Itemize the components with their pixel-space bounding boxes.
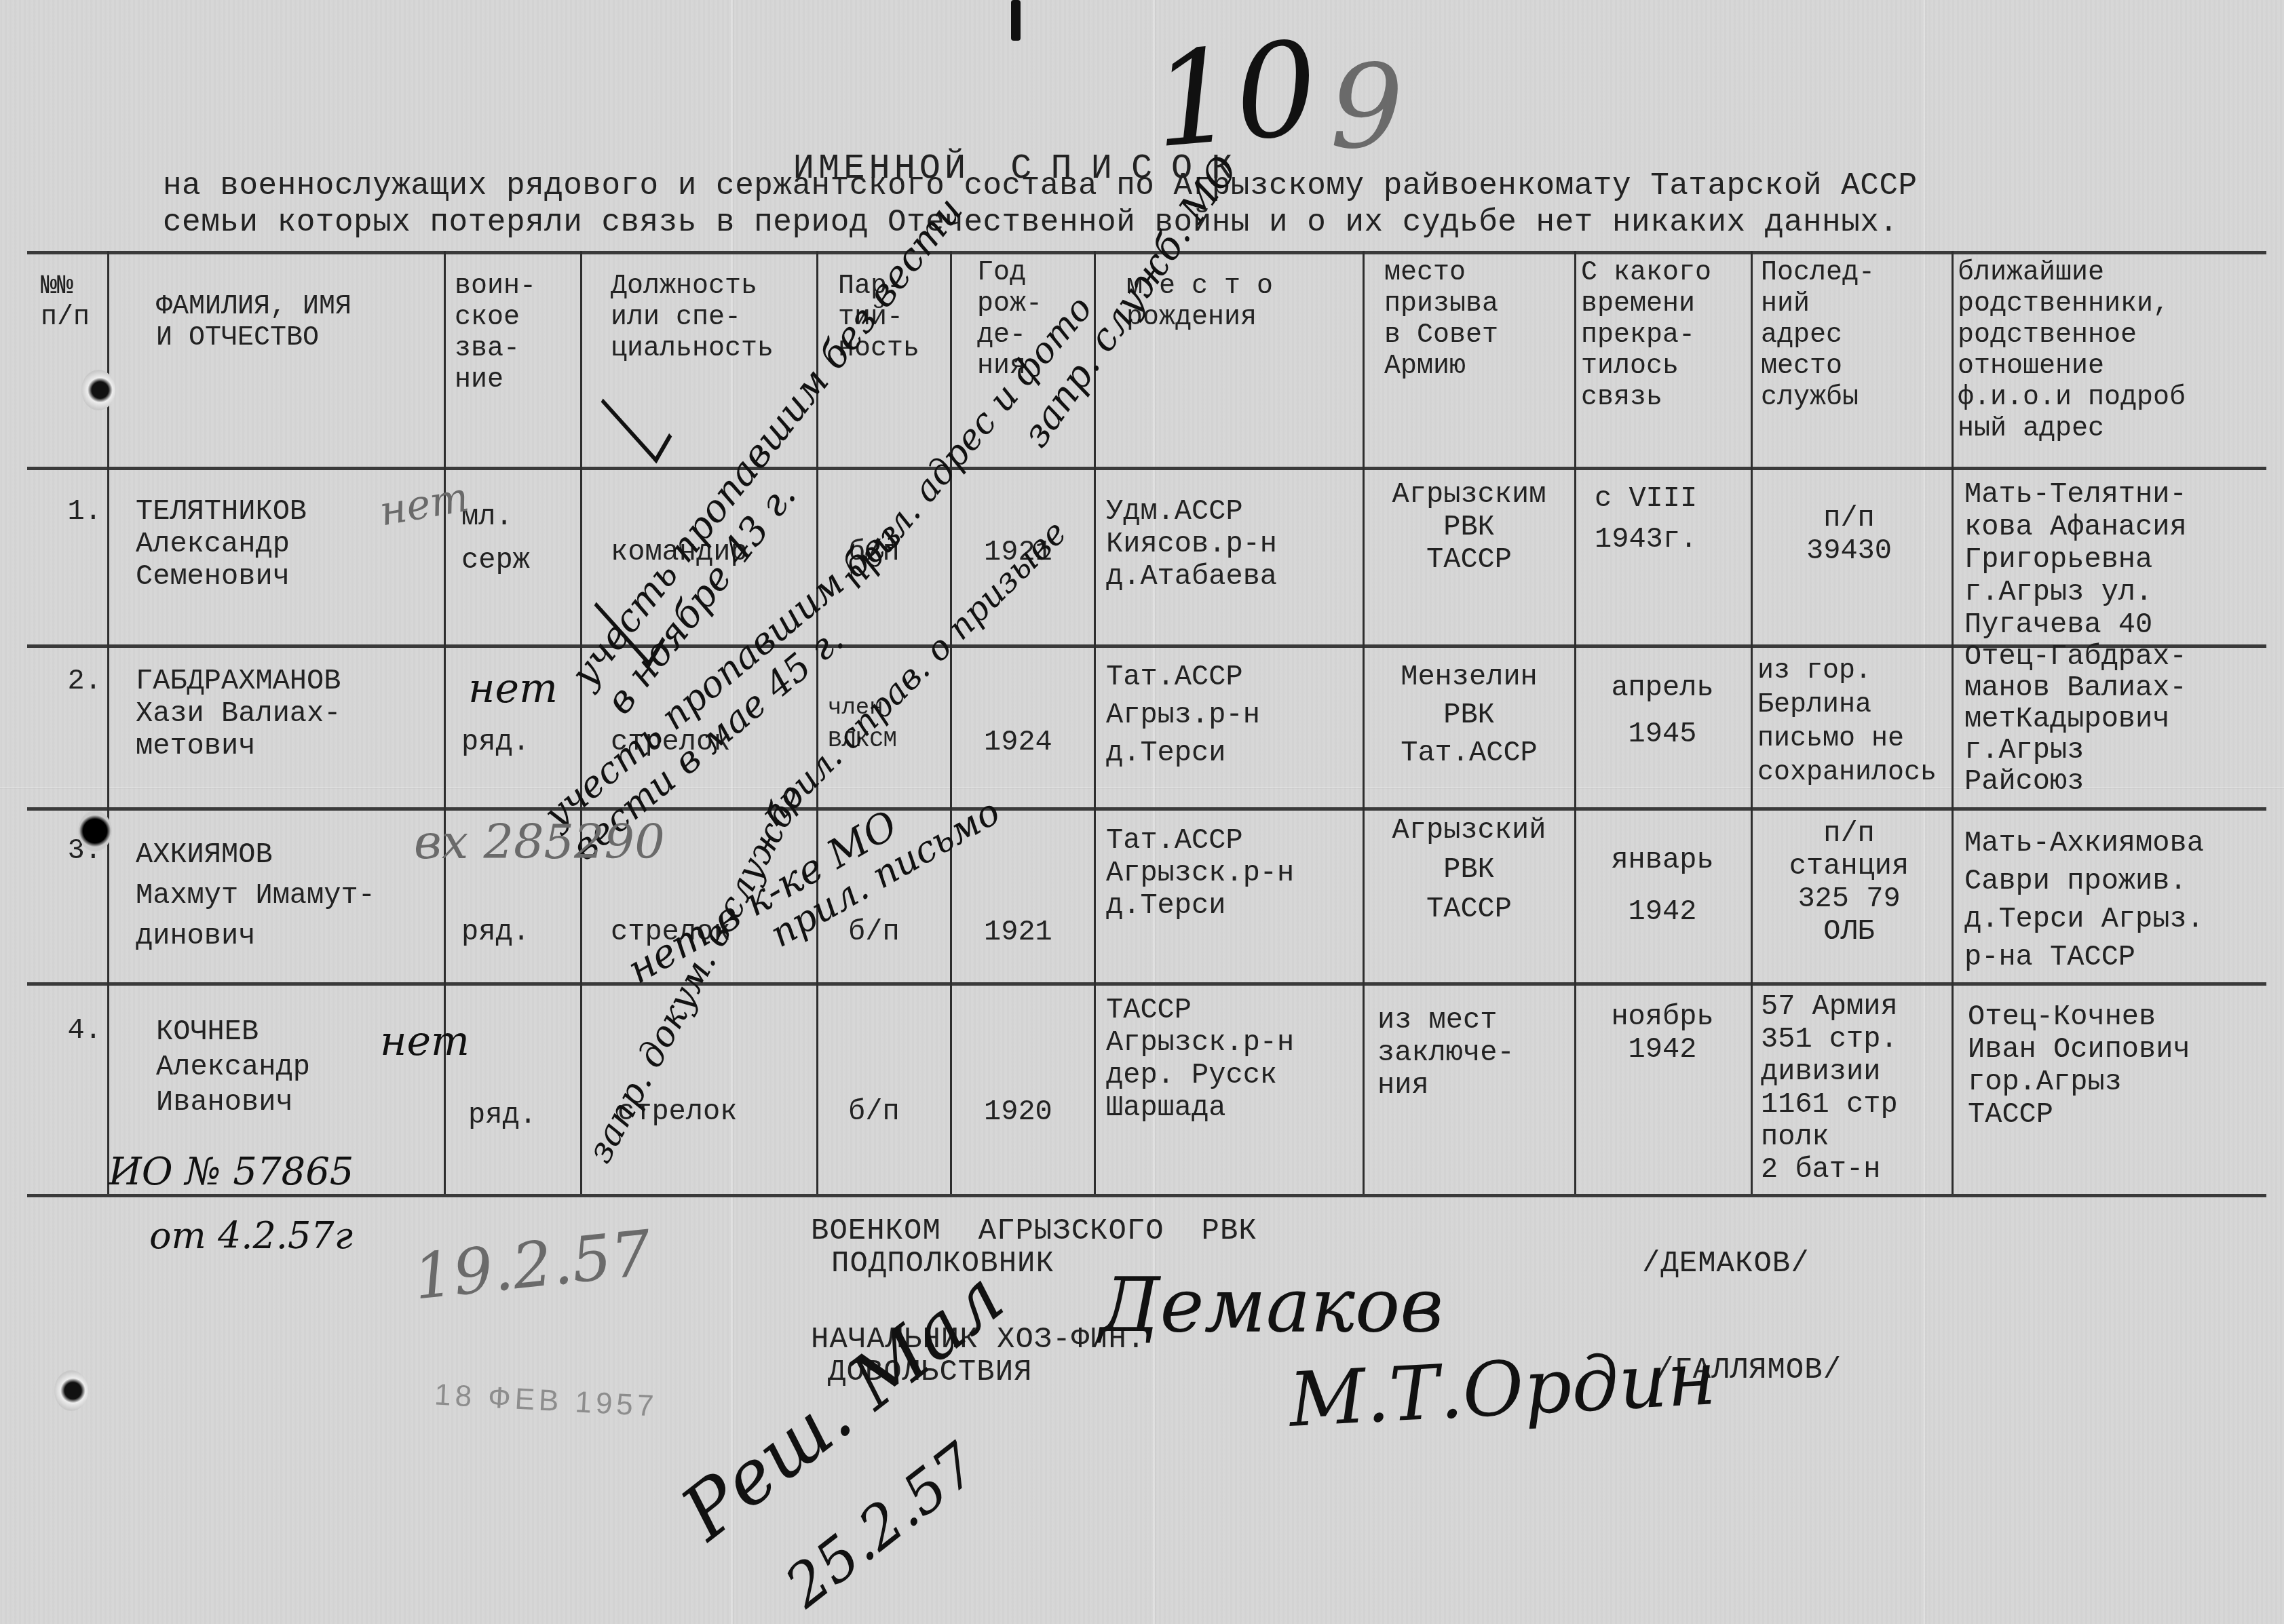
table-rule [27, 467, 2266, 470]
last-address: 57 Армия 351 стр. дивизии 1161 стр полк … [1761, 990, 1951, 1186]
table-rule [27, 644, 2266, 648]
soldier-name: АХКИЯМОВ Махмут Имамут- динович [136, 834, 441, 956]
last-address: п/п 39430 [1757, 502, 1941, 567]
row-number: 4. [41, 1014, 102, 1047]
handwritten-ref-date: от 4.2.57г [149, 1214, 353, 1257]
handwritten-note-no: нет [468, 665, 558, 712]
military-rank: ряд. [461, 916, 577, 948]
military-rank: ряд. [468, 1099, 577, 1132]
resolution-note: Реш. Мал [666, 1254, 1019, 1557]
row-number: 2. [41, 665, 102, 697]
received-date-stamp: 18 ФЕВ 1957 [434, 1378, 659, 1423]
contact-lost-date: с VIII 1943г. [1595, 478, 1751, 560]
binding-mark [1011, 0, 1021, 41]
table-rule [27, 1194, 2266, 1197]
voenkom-signature: Демаков [1099, 1262, 1443, 1349]
handwritten-ref-number: ИО № 57865 [109, 1150, 354, 1194]
contact-lost-date: апрель 1945 [1581, 665, 1744, 757]
header-conscription-place: место призыва в Совет Армию [1384, 258, 1574, 383]
handwritten-page-number-pencil: 9 [1330, 41, 1403, 175]
conscription-place: Агрызским РВК ТАССР [1367, 478, 1571, 576]
contact-lost-date: ноябрь 1942 [1581, 1001, 1744, 1066]
handwritten-note-no: нет [380, 1018, 470, 1065]
birthplace: Удм.АССР Киясов.р-н д.Атабаева [1106, 495, 1357, 593]
last-address: из гор. Берлина письмо не сохранилось [1757, 655, 1954, 790]
header-relatives: ближайшие родственники, родственное отно… [1958, 258, 2266, 445]
chief-signature: М.Т.Ордин [1287, 1334, 1718, 1444]
birthplace: ТАССР Агрызск.р-н дер. Русск Шаршада [1106, 994, 1357, 1124]
relatives: Отец-Габдрах- манов Валиах- метКадырович… [1964, 641, 2270, 797]
military-rank: мл. серж [461, 495, 577, 582]
conscription-place: Агрызский РВК ТАССР [1367, 811, 1571, 929]
birthplace: Тат.АССР Агрызск.р-н д.Терси [1106, 824, 1357, 922]
table-rule [27, 807, 2266, 811]
birthplace: Тат.АССР Агрыз.р-н д.Терси [1106, 658, 1357, 772]
voenkom-title: ВОЕНКОМ АГРЫЗСКОГО РВК [811, 1214, 1257, 1248]
birth-year: 1920 [984, 1096, 1086, 1128]
punch-hole [81, 370, 115, 410]
conscription-place: Мензелин РВК Тат.АССР [1367, 658, 1571, 772]
header-rank: воин- ское зва- ние [455, 271, 577, 396]
document-subtitle-line-2: семьи которых потеряли связь в период От… [163, 205, 1899, 240]
column-divider [1574, 251, 1576, 1194]
contact-lost-date: январь 1942 [1581, 834, 1744, 937]
archival-document-page: ИМЕННОЙСПИСОК на военнослужащих рядового… [0, 0, 2284, 1624]
column-divider [1363, 251, 1365, 1194]
birth-year: 1921 [984, 916, 1086, 948]
header-last-address: Послед- ний адрес место службы [1761, 258, 1951, 414]
header-number: №№ п/п [41, 271, 106, 334]
table-rule [27, 982, 2266, 986]
soldier-name: ГАБДРАХМАНОВ Хази Валиах- метович [136, 665, 441, 762]
header-contact-lost: С какого времени прекра- тилось связь [1581, 258, 1751, 414]
document-subtitle-line-1: на военнослужащих рядового и сержантског… [163, 168, 1918, 204]
column-divider [950, 251, 952, 1194]
punch-hole [78, 811, 112, 851]
handwritten-note-incoming-number: вх 285290 [414, 814, 665, 870]
birth-year: 1924 [984, 726, 1086, 758]
relatives: Мать-Ахкиямова Саври прожив. д.Терси Агр… [1964, 824, 2270, 976]
column-divider [580, 251, 582, 1194]
row-number: 1. [41, 495, 102, 528]
punch-hole [54, 1370, 88, 1411]
relatives: Мать-Телятни- кова Афанасия Григорьевна … [1964, 478, 2270, 641]
relatives: Отец-Кочнев Иван Осипович гор.Агрыз ТАСС… [1968, 1001, 2273, 1131]
voenkom-name: /ДЕМАКОВ/ [1642, 1247, 1810, 1281]
header-full-name: ФАМИЛИЯ, ИМЯ И ОТЧЕСТВО [156, 292, 441, 354]
handwritten-page-number: 10 [1147, 13, 1323, 176]
personnel-table: №№ п/п ФАМИЛИЯ, ИМЯ И ОТЧЕСТВО воин- ско… [27, 251, 2266, 1201]
party: б/п [848, 916, 950, 948]
last-address: п/п станция 325 79 ОЛБ [1757, 817, 1941, 948]
column-divider [1094, 251, 1096, 1194]
header-position: Должность или спе- циальность [611, 271, 814, 365]
conscription-place: из мест заключе- ния [1377, 1004, 1567, 1102]
party: б/п [848, 1096, 950, 1128]
column-divider [1751, 251, 1753, 1194]
military-rank: ряд. [461, 726, 577, 758]
handwritten-date-pencil: 19.2.57 [410, 1217, 654, 1314]
